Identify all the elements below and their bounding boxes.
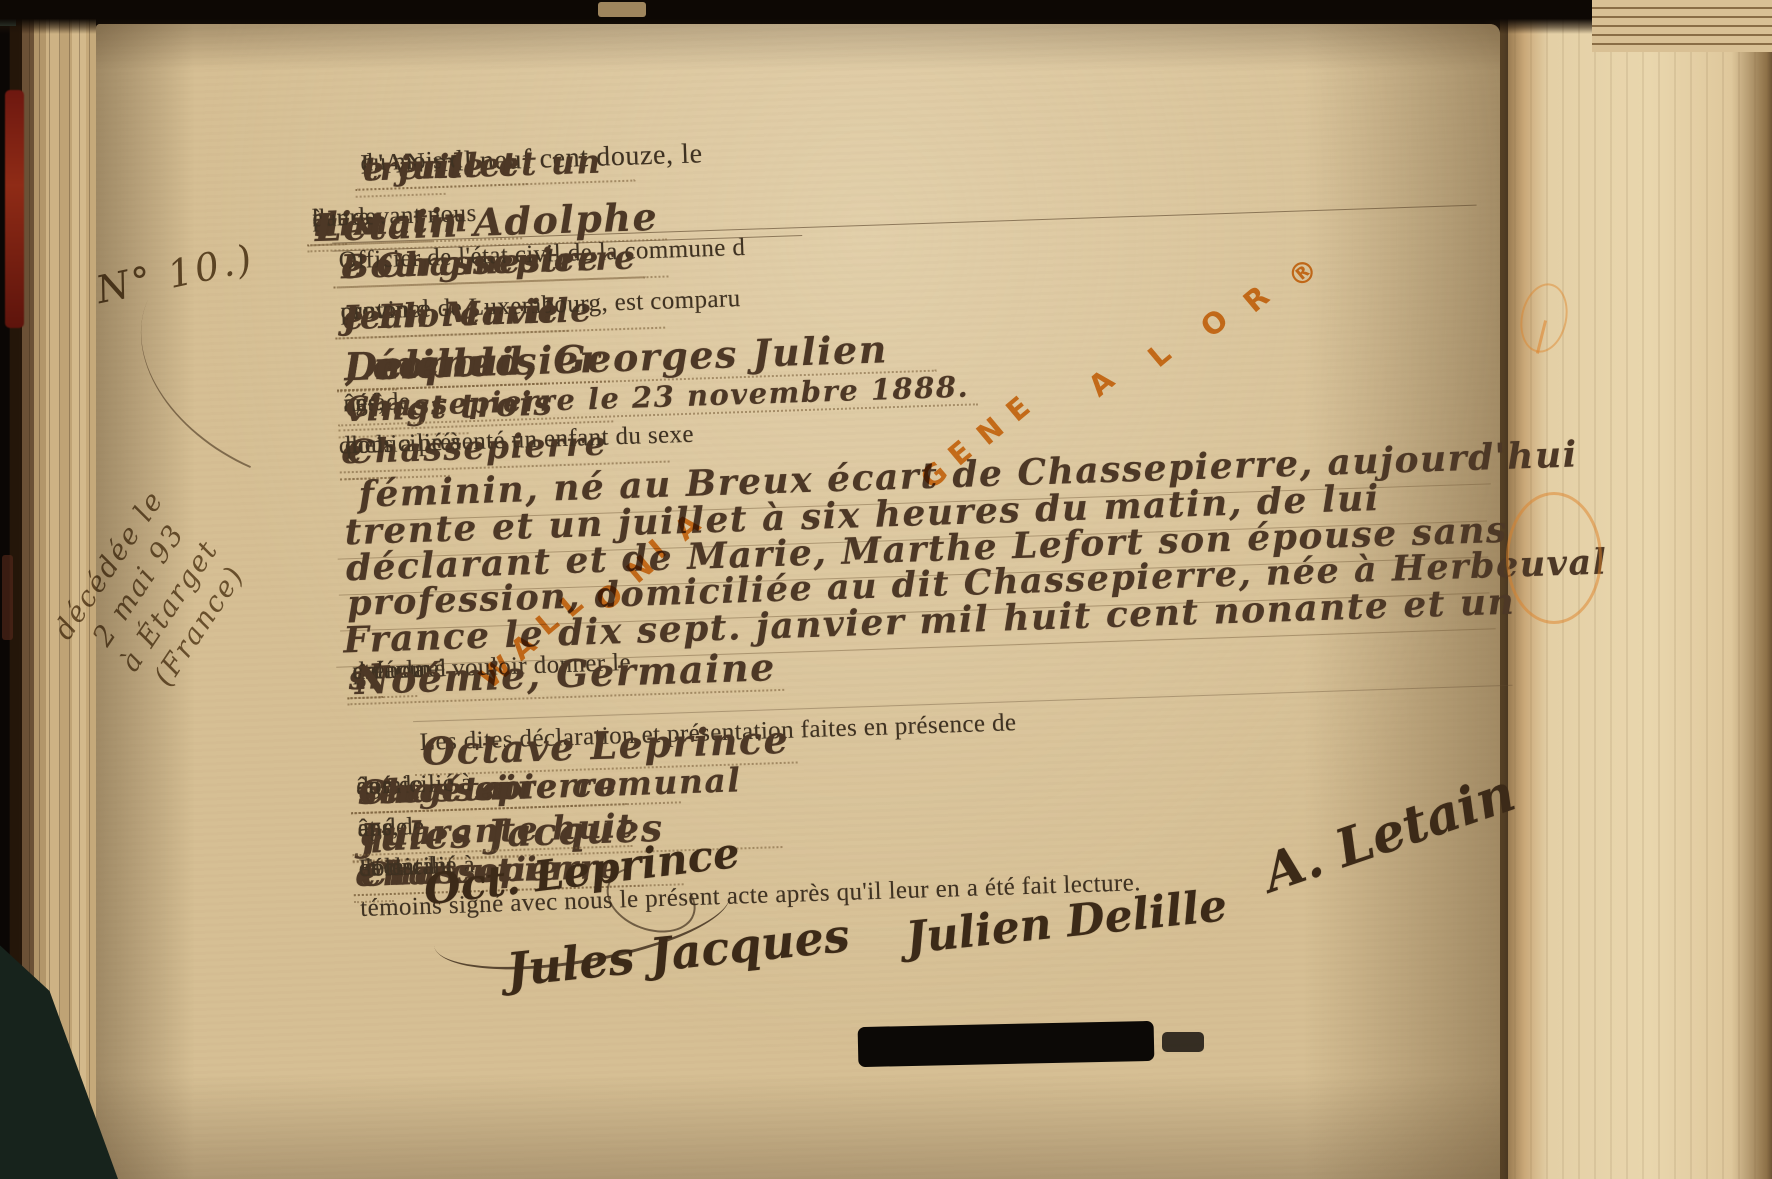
handwritten-month: e juillet (354, 144, 527, 191)
stacked-page-edges (1592, 0, 1772, 52)
page-bottom-gap-shadow (858, 1021, 1155, 1067)
page-bottom-gap-shadow-small (1162, 1032, 1204, 1052)
orange-stamp-large (1506, 492, 1602, 624)
red-cover-edge-lower (2, 555, 13, 640)
printed-label: ans, (351, 814, 405, 844)
red-cover-edge (5, 90, 24, 328)
scanned-register-photo: L'AN mil neuf cent douze, le trente et u… (0, 0, 1772, 1179)
printed-label: et les (352, 853, 419, 883)
handwritten-declarant-firstnames: Jean Marie (334, 291, 569, 340)
